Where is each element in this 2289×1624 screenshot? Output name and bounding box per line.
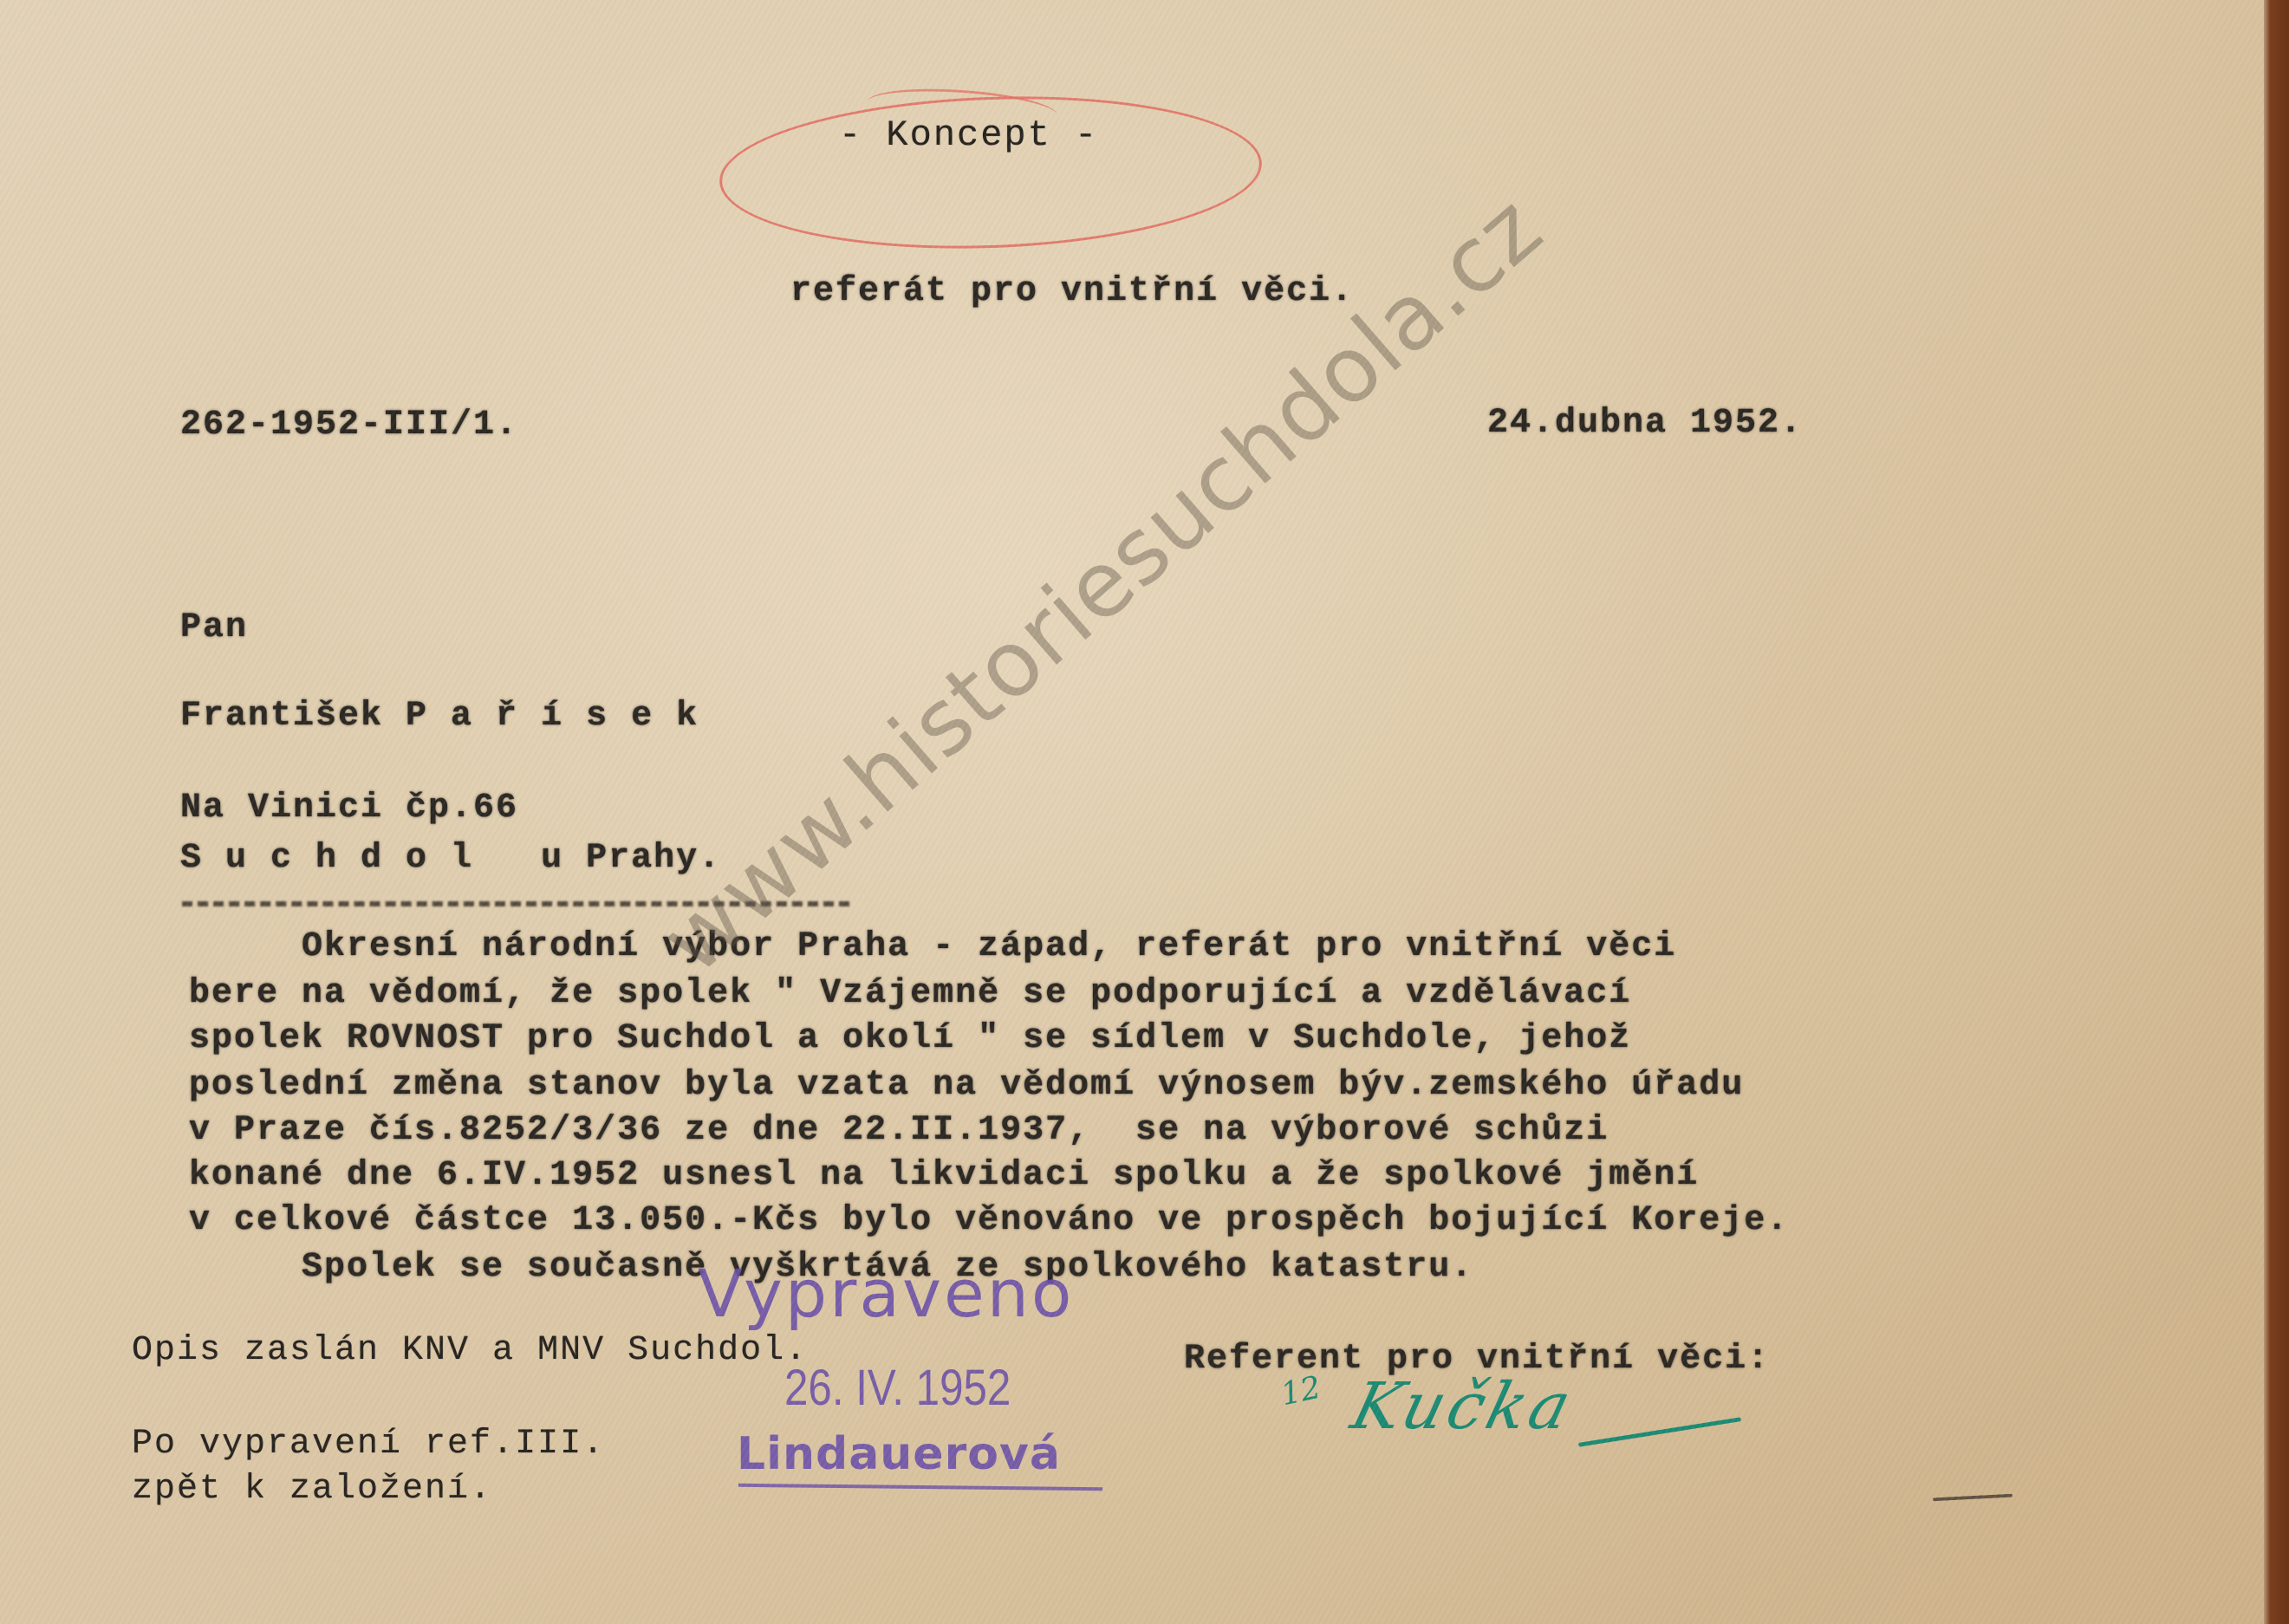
return-note-line-1: Po vypravení ref.III. (132, 1425, 605, 1464)
return-note-line-2: zpět k založení. (132, 1470, 492, 1509)
body-line-3: spolek ROVNOST pro Suchdol a okolí " se … (189, 1019, 1631, 1058)
reference-number: 262-1952-III/1. (180, 406, 518, 445)
body-line-2: bere na vědomí, že spolek " Vzájemně se … (189, 974, 1631, 1013)
dispatch-stamp-clerk: Lindauerová (737, 1428, 1061, 1480)
dispatch-stamp-underline (738, 1484, 1102, 1491)
body-line-7: v celkové částce 13.050.-Kčs bylo věnová… (189, 1201, 1789, 1240)
addressee-name: František P a ř í s e k (180, 697, 699, 736)
dispatch-stamp-label: Vypraveno (698, 1255, 1074, 1332)
document-paper: - Koncept - referát pro vnitřní věci. 26… (0, 0, 2264, 1624)
dispatch-stamp-date: 26. IV. 1952 (784, 1359, 1011, 1417)
body-line-4: poslední změna stanov byla vzata na vědo… (189, 1066, 1744, 1105)
addressee-street: Na Vinici čp.66 (180, 789, 518, 828)
frame-edge (2264, 0, 2289, 1624)
red-pencil-oval (717, 88, 1265, 257)
department-heading: referát pro vnitřní věci. (790, 272, 1354, 311)
copy-note: Opis zaslán KNV a MNV Suchdol. (132, 1331, 808, 1370)
signature-number: 12 (1278, 1370, 1323, 1413)
draft-label: - Koncept - (839, 114, 1098, 156)
pencil-mark (1933, 1494, 2013, 1502)
document-date: 24.dubna 1952. (1487, 404, 1803, 443)
body-line-5: v Praze čís.8252/3/36 ze dne 22.II.1937,… (189, 1111, 1609, 1150)
body-line-6: konané dne 6.IV.1952 usnesl na likvidaci… (189, 1156, 1699, 1195)
body-line-1: Okresní národní výbor Praha - západ, ref… (189, 927, 1676, 966)
handwritten-signature: Kučka (1344, 1369, 1581, 1444)
addressee-salutation: Pan (180, 608, 248, 647)
signature-flourish (1578, 1417, 1741, 1447)
addressee-town: S u c h d o l u Prahy. (180, 839, 721, 878)
